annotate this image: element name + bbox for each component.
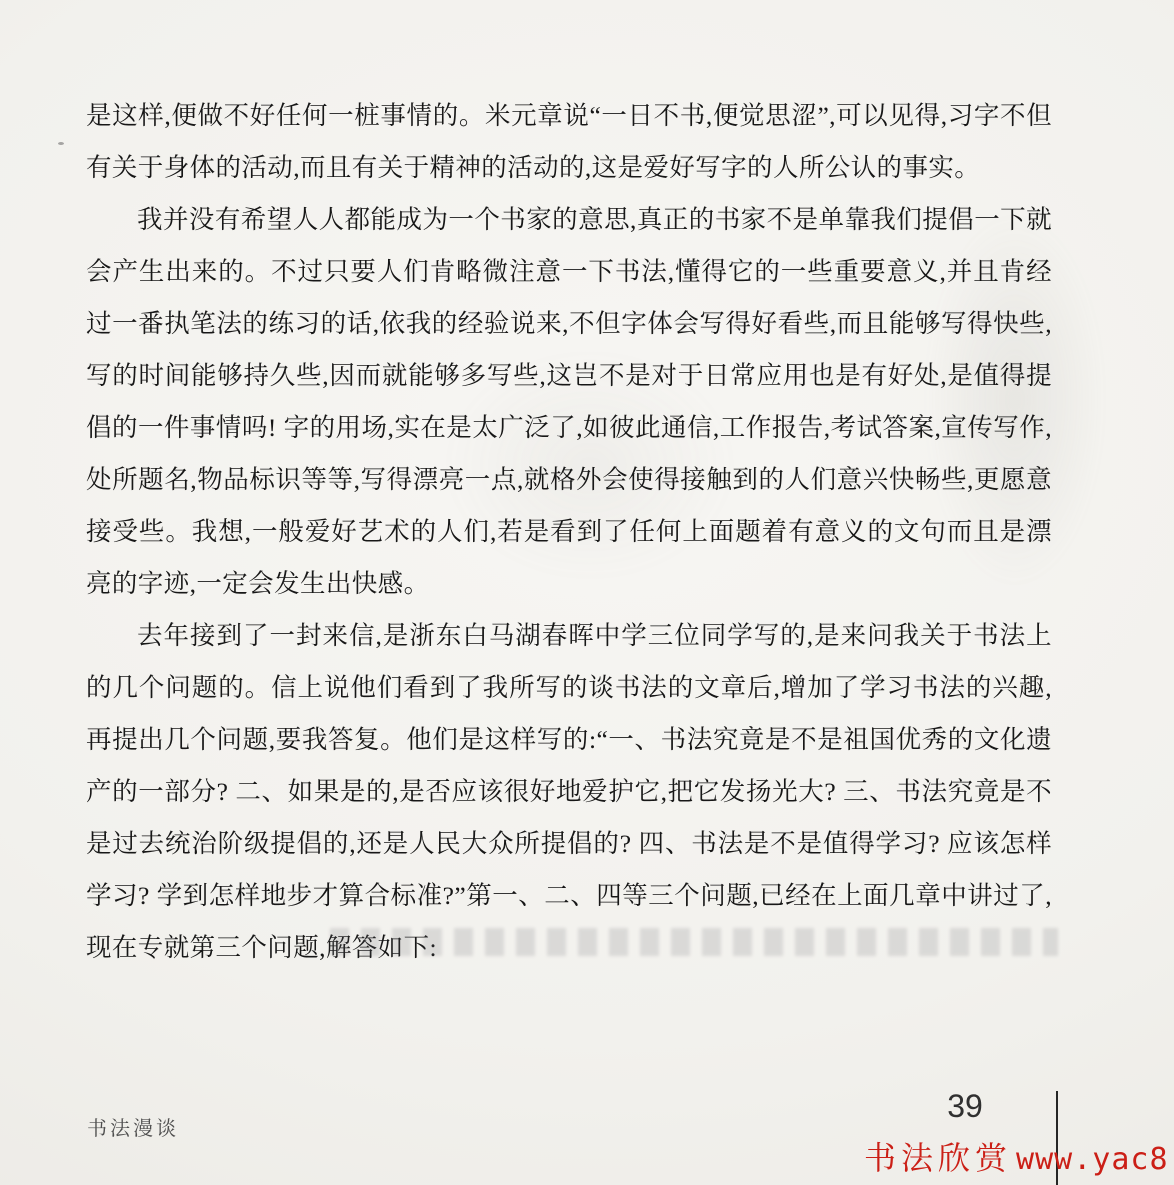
bleed-through-text-row <box>330 928 1058 956</box>
body-text: 是这样,便做不好任何一桩事情的。米元章说“一日不书,便觉思涩”,可以见得,习字不… <box>86 90 1052 974</box>
site-watermark: 书法欣赏 www.yac8.com <box>864 1133 1174 1179</box>
paragraph: 我并没有希望人人都能成为一个书家的意思,真正的书家不是单靠我们提倡一下就会产生出… <box>86 194 1052 610</box>
paragraph-continuation: 是这样,便做不好任何一桩事情的。米元章说“一日不书,便觉思涩”,可以见得,习字不… <box>86 90 1052 194</box>
page-number: 39 <box>930 1088 1000 1125</box>
watermark-site-url: www.yac8.com <box>1016 1142 1174 1177</box>
footer-book-title: 书法漫谈 <box>87 1112 179 1141</box>
watermark-site-name: 书法欣赏 <box>864 1140 1012 1176</box>
paragraph: 去年接到了一封来信,是浙东白马湖春晖中学三位同学写的,是来问我关于书法上的几个问… <box>86 610 1052 974</box>
scan-speck <box>58 142 64 145</box>
